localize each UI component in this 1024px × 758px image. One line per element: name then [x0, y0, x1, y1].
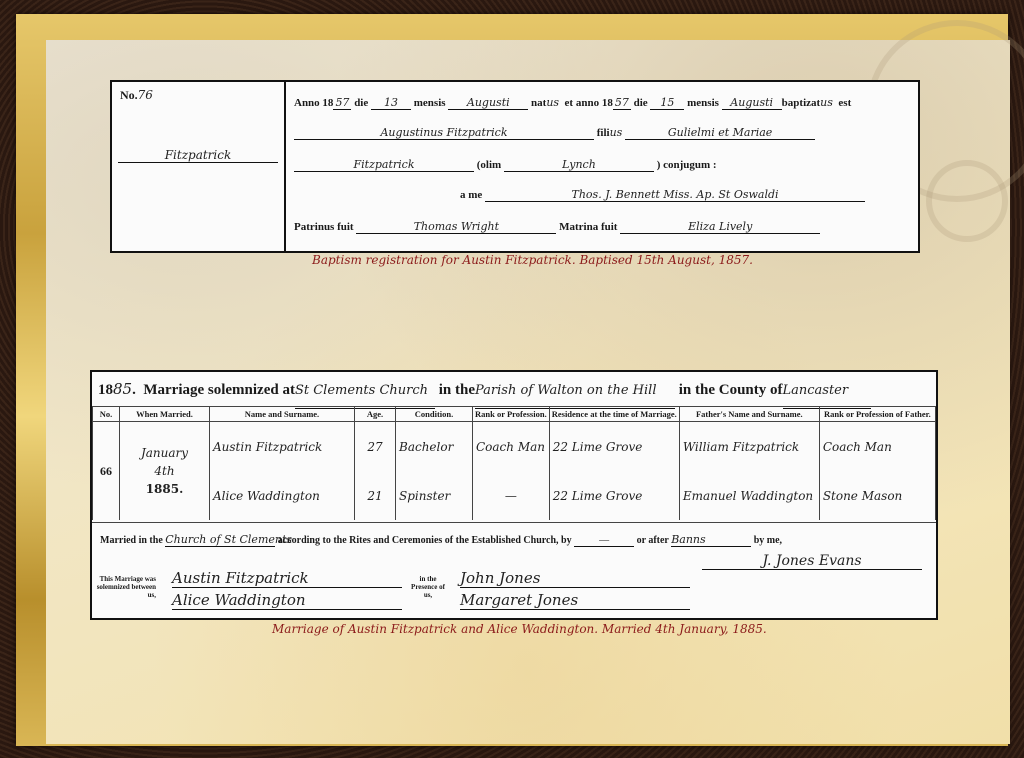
groom-residence: 22 Lime Grove [549, 422, 679, 473]
col-rank: Rank or Profession. [473, 407, 550, 422]
bride-condition: Spinster [396, 472, 473, 520]
col-father-rank: Rank or Profession of Father. [819, 407, 935, 422]
entry-number: 66 [93, 422, 120, 521]
baptism-line-3: Fitzpatrick (olim Lynch ) conjugum : [294, 158, 717, 172]
col-residence: Residence at the time of Marriage. [549, 407, 679, 422]
witness-2-signature: Margaret Jones [460, 591, 690, 610]
groom-signature: Austin Fitzpatrick [172, 569, 402, 588]
bride-signature: Alice Waddington [172, 591, 402, 610]
officiant-signature: J. Jones Evans [702, 553, 922, 570]
col-father-name: Father's Name and Surname. [679, 407, 819, 422]
baptism-caption: Baptism registration for Austin Fitzpatr… [312, 253, 753, 267]
col-condition: Condition. [396, 407, 473, 422]
decorative-swirl [926, 160, 1008, 242]
presence-label: in the Presence of us, [410, 575, 446, 599]
bride-name: Alice Waddington [210, 472, 355, 520]
witness-1-signature: John Jones [460, 569, 690, 588]
baptism-line-5: Patrinus fuit Thomas Wright Matrina fuit… [294, 220, 820, 234]
groom-father-rank: Coach Man [819, 422, 935, 473]
marriage-record: 1885. Marriage solemnized atSt Clements … [90, 370, 938, 620]
groom-condition: Bachelor [396, 422, 473, 473]
bride-father: Emanuel Waddington [679, 472, 819, 520]
table-row: 66 January 4th 1885. Austin Fitzpatrick … [93, 422, 936, 473]
table-header-row: No. When Married. Name and Surname. Age.… [93, 407, 936, 422]
groom-name: Austin Fitzpatrick [210, 422, 355, 473]
entry-number: No.76 [120, 88, 153, 103]
table-row: Alice Waddington 21 Spinster — 22 Lime G… [93, 472, 936, 520]
margin-surname: Fitzpatrick [118, 148, 278, 163]
groom-rank: Coach Man [473, 422, 550, 473]
married-in-line: Married in the Church of St Clements acc… [100, 533, 782, 547]
baptism-line-1: Anno 1857 die 13 mensis Augusti natus et… [294, 96, 851, 110]
when-married: January 4th 1885. [120, 422, 210, 521]
groom-father: William Fitzpatrick [679, 422, 819, 473]
marriage-footer: Married in the Church of St Clements acc… [92, 522, 936, 618]
groom-age: 27 [355, 422, 396, 473]
col-when-married: When Married. [120, 407, 210, 422]
baptism-margin: No.76 Fitzpatrick [112, 82, 286, 251]
baptism-line-4: a me Thos. J. Bennett Miss. Ap. St Oswal… [460, 188, 865, 202]
marriage-header: 1885. Marriage solemnized atSt Clements … [92, 372, 936, 407]
marriage-caption: Marriage of Austin Fitzpatrick and Alice… [272, 622, 767, 636]
col-name: Name and Surname. [210, 407, 355, 422]
between-us-label: This Marriage was solemnized between us, [96, 575, 156, 599]
col-no: No. [93, 407, 120, 422]
baptism-record: No.76 Fitzpatrick Anno 1857 die 13 mensi… [110, 80, 920, 253]
bride-residence: 22 Lime Grove [549, 472, 679, 520]
bride-father-rank: Stone Mason [819, 472, 935, 520]
baptism-line-2: Augustinus Fitzpatrick filius Gulielmi e… [294, 126, 815, 140]
bride-rank: — [473, 472, 550, 520]
col-age: Age. [355, 407, 396, 422]
bride-age: 21 [355, 472, 396, 520]
marriage-table: No. When Married. Name and Surname. Age.… [92, 406, 936, 520]
